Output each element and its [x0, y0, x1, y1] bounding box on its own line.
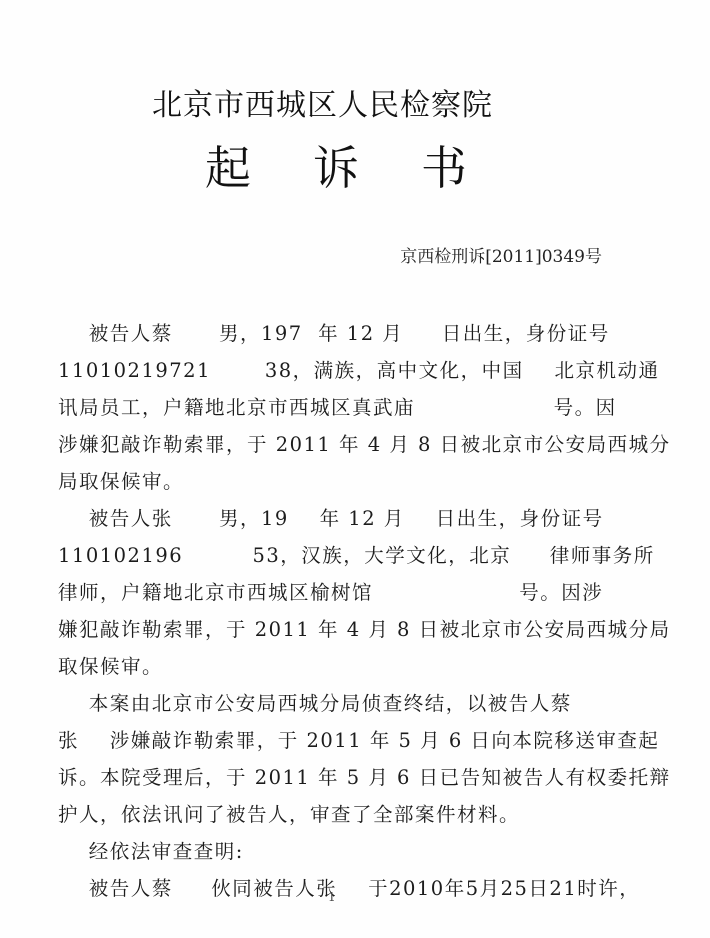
title-char: 书 [421, 132, 467, 198]
organization-header: 北京市西城区人民检察院 [152, 80, 572, 124]
body-line: 被告人张 男，19 年 12 月 日出生，身份证号 [58, 503, 604, 531]
body-line: 110102196 53，汉族，大学文化，北京 律师事务所 [58, 540, 655, 568]
document-number: 京西检刑诉[2011]0349号 [400, 242, 602, 267]
body-line: 被告人蔡 男，197 年 12 月 日出生，身份证号 [58, 318, 610, 346]
body-line: 经依法审查查明: [58, 836, 244, 864]
body-line: 11010219721 38，满族，高中文化，中国 北京机动通 [58, 355, 659, 383]
body-line: 张 涉嫌敲诈勒索罪，于 2011 年 5 月 6 日向本院移送审查起 [58, 725, 659, 753]
body-line: 涉嫌犯敲诈勒索罪，于 2011 年 4 月 8 日被北京市公安局西城分 [58, 429, 671, 457]
title-char: 起 [205, 132, 251, 198]
body-line: 讯局员工，户籍地北京市西城区真武庙 号。因 [58, 392, 617, 420]
body-line: 律师，户籍地北京市西城区榆树馆 号。因涉 [58, 577, 603, 605]
body-line: 被告人蔡 伙同被告人张 于2010年5月25日21时许， [58, 873, 640, 901]
page-number: 1 [328, 890, 336, 904]
body-line: 取保候审。 [58, 651, 163, 679]
body-line: 诉。本院受理后，于 2011 年 5 月 6 日已告知被告人有权委托辩 [58, 762, 671, 790]
document-page: 北京市西城区人民检察院 起诉书 京西检刑诉[2011]0349号 被告人蔡 男，… [0, 0, 710, 938]
body-line: 嫌犯敲诈勒索罪，于 2011 年 4 月 8 日被北京市公安局西城分局 [58, 614, 671, 642]
body-line: 局取保候审。 [58, 466, 184, 494]
document-title: 起诉书 [205, 132, 467, 198]
body-line: 本案由北京市公安局西城分局侦查终结，以被告人蔡 [58, 688, 572, 716]
body-line: 护人，依法讯问了被告人，审查了全部案件材料。 [58, 799, 520, 827]
title-char: 诉 [313, 132, 359, 198]
